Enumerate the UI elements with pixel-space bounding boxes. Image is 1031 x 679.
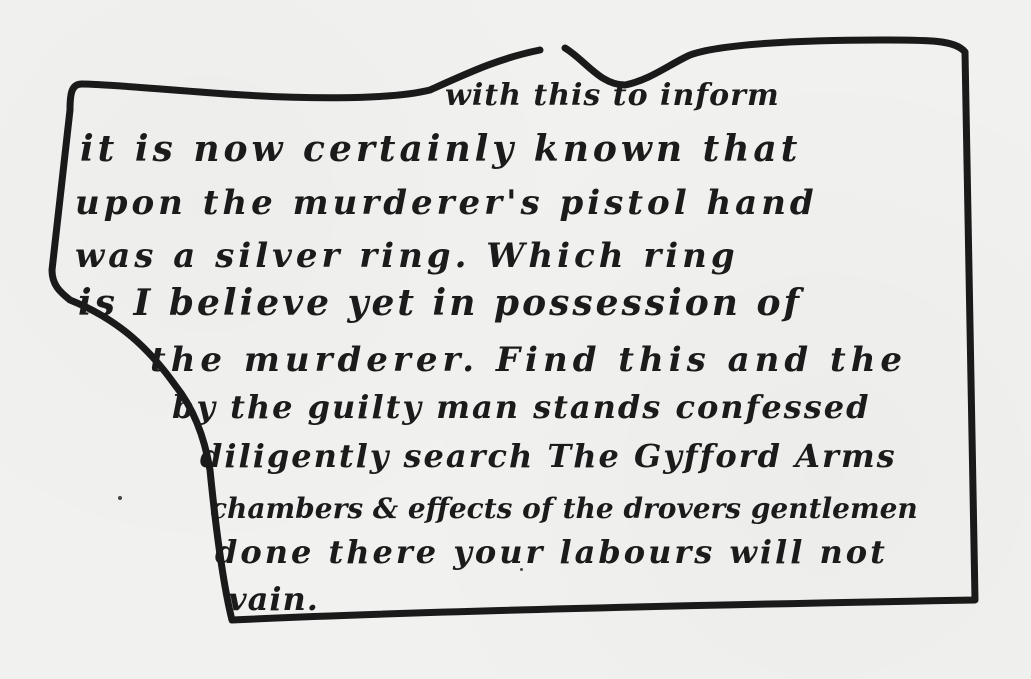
note-line-11: vain.	[228, 580, 319, 618]
note-line-2: it is now certainly known that	[80, 128, 801, 170]
document-page: with this to inform it is now certainly …	[0, 0, 1031, 679]
ink-speck	[118, 496, 122, 500]
note-line-6: the murderer. Find this and the	[150, 340, 907, 380]
note-line-3: upon the murderer's pistol hand	[75, 183, 818, 223]
note-line-8: diligently search The Gyfford Arms	[200, 437, 897, 475]
note-line-10: done there your labours will not	[215, 533, 888, 571]
ink-speck	[520, 568, 523, 571]
note-line-5: is I believe yet in possession of	[78, 282, 802, 324]
note-line-1: with this to inform	[445, 78, 780, 113]
note-line-4: was a silver ring. Which ring	[75, 236, 739, 276]
note-line-9: chambers & effects of the drovers gentle…	[210, 492, 918, 525]
note-line-7: by the guilty man stands confessed	[172, 388, 870, 426]
